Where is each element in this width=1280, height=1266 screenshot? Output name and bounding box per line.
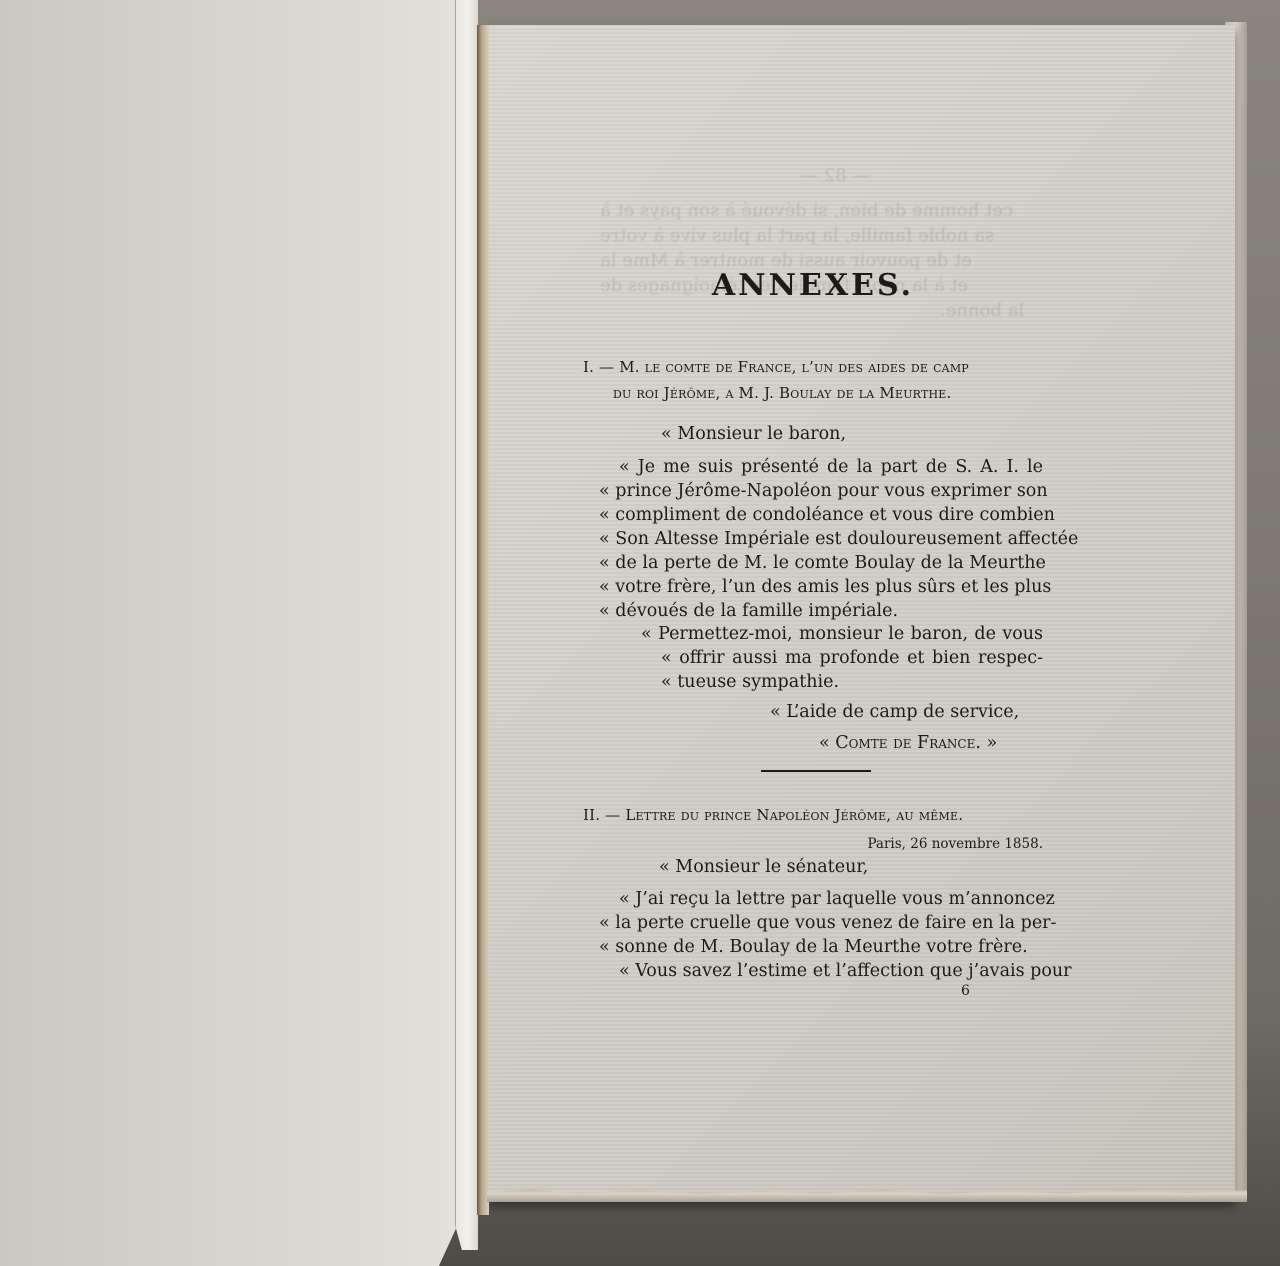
section-2-body-line: « sonne de M. Boulay de la Meurthe votre…	[599, 935, 1028, 959]
section-1-body-line: « Je me suis présenté de la part de S. A…	[619, 455, 1043, 479]
section-1-body-line: « dévoués de la famille impériale.	[599, 599, 898, 623]
section-1-heading-line-1: I. — M. le comte de France, l’un des aid…	[583, 355, 1043, 380]
section-1-heading-line-2: du roi Jérôme, a M. J. Boulay de la Meur…	[613, 381, 1043, 406]
section-1-signature-title: « L’aide de camp de service,	[770, 700, 1019, 724]
left-page-edge	[455, 0, 478, 1250]
section-2-body-line: « J’ai reçu la lettre par laquelle vous …	[619, 887, 1043, 911]
section-2-salutation: « Monsieur le sénateur,	[659, 855, 868, 879]
letter-date: Paris, 26 novembre 1858.	[867, 836, 1043, 852]
section-1-salutation: « Monsieur le baron,	[661, 422, 846, 446]
section-1-body-line: « Son Altesse Impériale est douloureusem…	[599, 527, 1043, 551]
section-2-body-line: « la perte cruelle que vous venez de fai…	[599, 911, 1043, 935]
section-divider	[761, 770, 871, 772]
section-1-closing-line: « Permettez-moi, monsieur le baron, de v…	[641, 622, 1043, 646]
section-1-body-line: « de la perte de M. le comte Boulay de l…	[599, 551, 1043, 575]
section-2-body-line: « Vous savez l’estime et l’affection que…	[619, 959, 1043, 983]
book-gutter	[477, 25, 489, 1215]
section-1-body-line: « prince Jérôme-Napoléon pour vous expri…	[599, 479, 1043, 503]
page-title: ANNEXES.	[583, 268, 1043, 303]
signature-mark: 6	[961, 983, 970, 999]
section-1-signature-name: « Comte de France. »	[819, 731, 997, 755]
bleed-page-marker: — 82 —	[800, 163, 870, 188]
section-1-closing-line: « tueuse sympathie.	[661, 670, 839, 694]
bleed-line: sa noble famille, la part la plus vive à…	[600, 223, 994, 248]
section-1-closing-line: « offrir aussi ma profonde et bien respe…	[661, 646, 1043, 670]
section-2-heading: II. — Lettre du prince Napoléon Jérôme, …	[583, 803, 1043, 828]
bleed-line: cet homme de bien, si dévoué à son pays …	[600, 198, 1013, 223]
section-1-body-line: « compliment de condoléance et vous dire…	[599, 503, 1043, 527]
left-blank-page	[0, 0, 462, 1266]
section-1-body-line: « votre frère, l’un des amis les plus sû…	[599, 575, 1043, 599]
